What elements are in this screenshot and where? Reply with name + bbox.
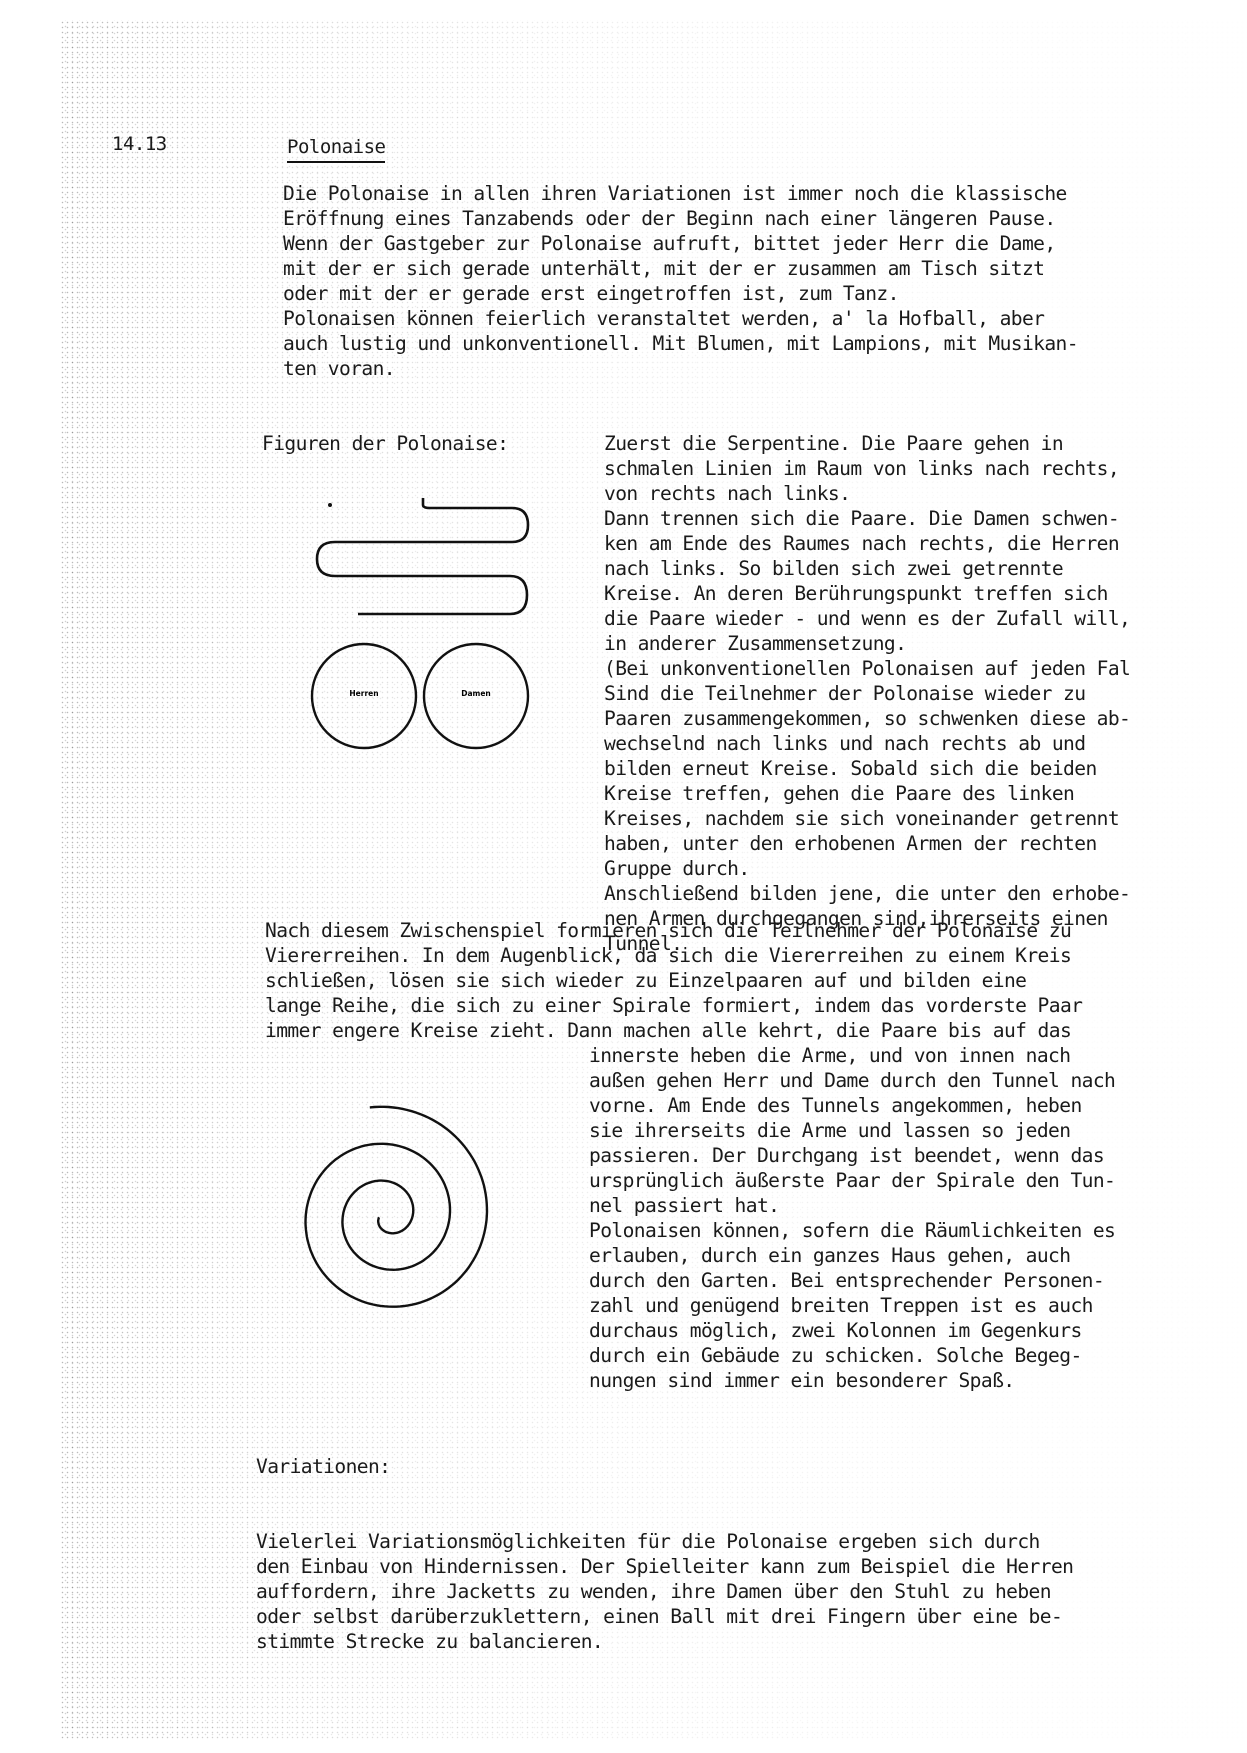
document-page: 14.13 Polonaise Die Polonaise in allen i…	[0, 0, 1247, 1753]
section-title: Polonaise	[287, 135, 385, 163]
serpentine-diagram	[280, 470, 580, 640]
section-number: 14.13	[112, 133, 167, 155]
circle-herren-label: Herren	[349, 689, 378, 698]
variations-heading: Variationen:	[256, 1454, 1073, 1479]
figures-description: Zuerst die Serpentine. Die Paare gehen i…	[604, 431, 1130, 956]
circles-diagram: Herren Damen	[300, 640, 540, 760]
variations-paragraph: Vielerlei Variationsmöglichkeiten für di…	[256, 1529, 1073, 1654]
variations-section: Variationen: Vielerlei Variationsmöglich…	[256, 1404, 1073, 1704]
figures-label: Figuren der Polonaise:	[262, 431, 508, 456]
circle-damen-label: Damen	[461, 689, 491, 698]
spiral-description: innerste heben die Arme, und von innen n…	[589, 1043, 1115, 1393]
spiral-diagram	[270, 1080, 500, 1310]
spiral-intro-paragraph: Nach diesem Zwischenspiel formieren sich…	[265, 918, 1082, 1043]
intro-paragraph: Die Polonaise in allen ihren Variationen…	[283, 181, 1078, 381]
